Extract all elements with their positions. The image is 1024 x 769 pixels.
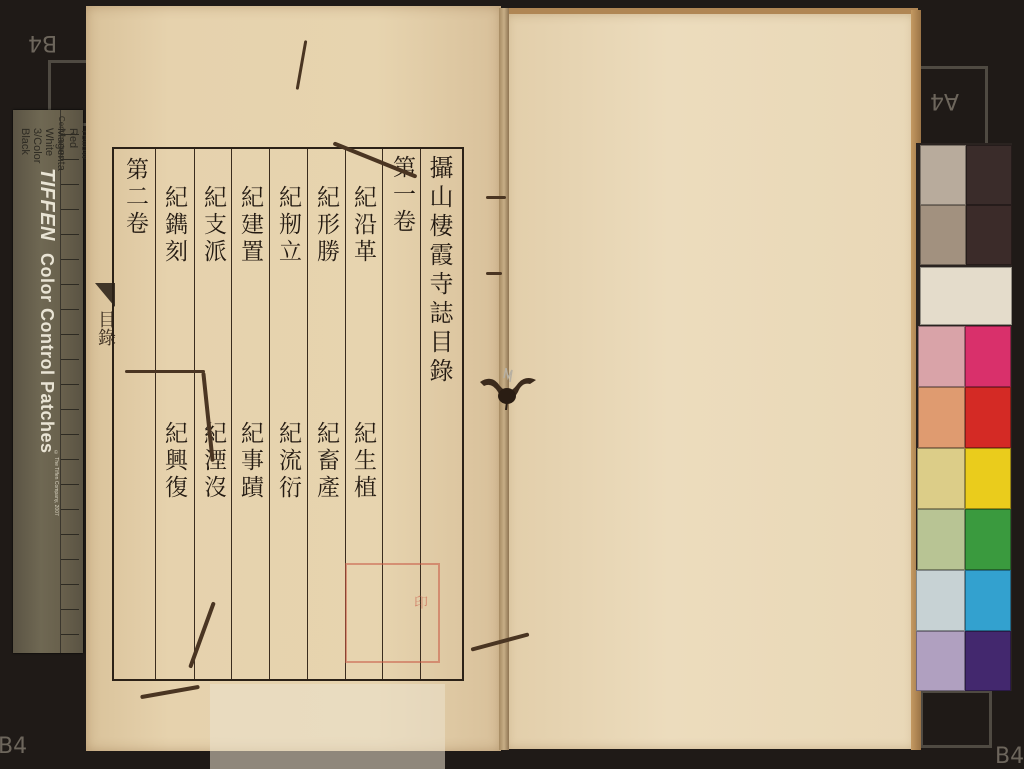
column-rule: [307, 149, 308, 679]
label-red: Red: [67, 128, 79, 171]
patch-violet: [965, 631, 1011, 691]
toc-title: 攝山棲霞寺誌目錄: [427, 155, 451, 387]
ruler-copyright: © The Tiffen Company, 2007: [53, 450, 59, 516]
tiffen-color-strip: Centimeters Blue Cyan Green Yellow Red M…: [13, 110, 83, 653]
label-3color: 3/Color: [31, 128, 43, 171]
patch-yellow: [965, 448, 1011, 509]
toc-entry: 紀興復: [162, 421, 185, 502]
toc-entry: 紀事蹟: [238, 421, 261, 502]
patch-green-light: [917, 509, 965, 570]
patch-cyan: [965, 570, 1011, 631]
patch-magenta: [965, 326, 1011, 387]
red-seal-stamp: 印: [345, 563, 440, 663]
toc-entry: 紀沿革: [351, 185, 374, 266]
bg-frame-top-right: [912, 66, 988, 152]
bg-mark-top-left: B4: [28, 30, 57, 55]
patch-neutral-light-1: [920, 145, 966, 205]
column-rule: [269, 149, 270, 679]
column-rule: [155, 149, 156, 679]
patch-yellow-light: [917, 448, 965, 509]
patch-orange-light: [918, 387, 965, 448]
toc-entry: 紀支派: [201, 185, 224, 266]
patch-cyan-light: [916, 570, 965, 631]
toc-entry: 紀剏立: [276, 185, 299, 266]
column-rule: [231, 149, 232, 679]
patch-red: [965, 387, 1011, 448]
toc-entry: 紀畜產: [314, 421, 337, 502]
column-rule: [194, 149, 195, 679]
wormhole-damage: [125, 370, 205, 373]
label-black: Black: [19, 128, 31, 171]
volume-2-label: 第二卷: [123, 157, 146, 238]
toc-entry: 紀生植: [351, 421, 374, 502]
brand-name: TIFFEN: [36, 168, 58, 241]
color-calibration-patches: [916, 143, 1012, 691]
patch-white: [920, 267, 1012, 325]
support-paper: [210, 684, 445, 769]
bg-mark-bottom-right: B4: [995, 744, 1024, 769]
toc-entry: 紀形勝: [314, 185, 337, 266]
toc-entry: 紀鐫刻: [162, 185, 185, 266]
wormhole-damage: [486, 196, 506, 199]
toc-entry: 紀流衍: [276, 421, 299, 502]
bg-frame-bottom-right: [920, 690, 992, 748]
ruler-brand: TIFFEN Color Control Patches: [35, 168, 58, 453]
right-page-blank: [506, 14, 914, 749]
patch-lavender: [916, 631, 965, 691]
patch-dark-2: [966, 205, 1012, 265]
toc-entry: 紀建置: [238, 185, 261, 266]
label-magenta: Magenta: [55, 128, 67, 171]
seal-character: 印: [410, 595, 430, 609]
patch-pink-light: [918, 326, 965, 387]
wormhole-damage: [486, 272, 502, 275]
metal-clasp: [478, 368, 538, 410]
patch-neutral-light-2: [920, 205, 966, 265]
patch-dark-1: [966, 145, 1012, 205]
label-white: White: [43, 128, 55, 171]
product-name: Color Control Patches: [37, 253, 57, 454]
bg-mark-bottom-left: B4: [0, 734, 27, 759]
patch-green: [965, 509, 1011, 570]
